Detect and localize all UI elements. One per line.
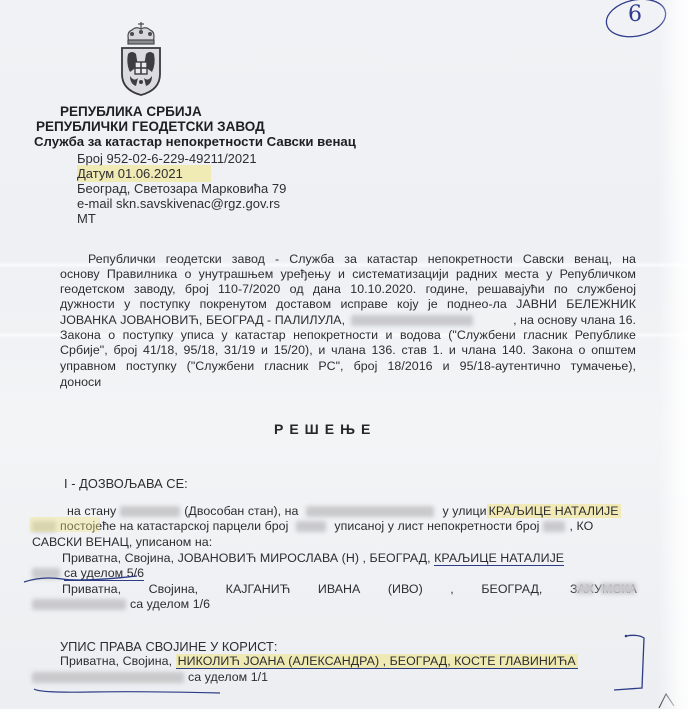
owner-share: са уделом 1/6 — [130, 597, 210, 611]
redacted-area — [576, 583, 594, 594]
institute-heading: РЕПУБЛИЧКИ ГЕОДЕТСКИ ЗАВОД — [36, 119, 265, 134]
decision-title: РЕШЕЊЕ — [274, 421, 376, 437]
owner-share-line: са уделом 1/6 — [32, 597, 210, 611]
ownership-type: Приватна, Својина, — [60, 654, 176, 668]
section-heading: I - ДОЗВОЉАВА СЕ: — [64, 476, 188, 491]
office-address: Београд, Светозара Марковића 79 — [77, 181, 286, 196]
intro-line-last: доноси — [60, 375, 101, 389]
owner-name: Приватна, Својина, ЈОВАНОВИЋ МИРОСЛАВА (… — [62, 551, 434, 565]
document-date: Датум 01.06.2021 — [77, 166, 211, 181]
redacted-area — [32, 599, 126, 610]
registered-to-line: САВСКИ ВЕНАЦ, уписаном на: — [32, 535, 212, 549]
redacted-area — [351, 315, 473, 326]
republic-heading: РЕПУБЛИКА СРБИЈА — [60, 104, 202, 119]
handwritten-bracket — [612, 632, 682, 709]
redacted-address — [576, 583, 636, 594]
clerk-initials: МТ — [77, 211, 96, 226]
notary-name: ЈОВАНКА ЈОВАНОВИЋ, БЕОГРАД - ПАЛИЛУЛА, — [60, 313, 345, 327]
registration-owner-line: Приватна, Својина, НИКОЛИЋ ЈОАНА (АЛЕКСА… — [60, 654, 578, 668]
office-email: e-mail skn.savskivenac@rgz.gov.rs — [77, 196, 280, 211]
new-owner-share: са уделом 1/1 — [188, 670, 268, 684]
intro-line: Републички геодетски завод - Служба за к… — [88, 252, 636, 266]
handwritten-page-number: 6 — [628, 2, 642, 27]
registration-heading: УПИС ПРАВА СВОЈИНЕ У КОРИСТ: — [60, 639, 277, 654]
legal-basis-text: , на основу члана 16. — [513, 313, 636, 327]
underlined-street: КРАЉИЦЕ НАТАЛИЈЕ — [434, 551, 564, 566]
owner-line: Приватна, Својина, КАЈГАНИЋ ИВАНА (ИВО) … — [62, 582, 637, 596]
serbian-coat-of-arms-icon — [118, 20, 164, 96]
redacted-area — [32, 672, 184, 683]
service-heading: Служба за катастар непокретности Савски … — [34, 134, 356, 149]
redacted-area — [296, 521, 326, 532]
new-owner: НИКОЛИЋ ЈОАНА (АЛЕКСАНДРА) , БЕОГРАД, КО… — [176, 654, 578, 669]
redacted-area — [600, 583, 636, 594]
pen-stroke — [30, 683, 230, 697]
property-sheet-label: уписаној у лист непокретности број — [334, 519, 539, 533]
cadastral-municipality-label: , КО — [569, 519, 593, 533]
owner-name: Приватна, Својина, КАЈГАНИЋ ИВАНА (ИВО) … — [62, 582, 637, 596]
redacted-area — [306, 506, 434, 517]
apartment-line: на стану (Двособан стан), на у улици КРА… — [67, 504, 637, 518]
intro-line: Србије", број 41/18, 95/18, 31/19 и 15/2… — [60, 343, 636, 357]
redacted-area — [543, 521, 565, 532]
intro-line: управном поступку ("Службени гласник РС"… — [60, 359, 636, 373]
date-highlight: Датум 01.06.2021 — [77, 165, 211, 182]
intro-line: Закона о поступку уписа у катастар непок… — [60, 328, 636, 342]
apartment-label: на стану — [67, 504, 116, 518]
street-label: у улици — [442, 504, 486, 518]
redacted-area — [120, 506, 180, 517]
intro-line: основу Правилника о унутрашњем уређењу и… — [60, 267, 636, 281]
intro-line: дужности у поступку покренутом доставом … — [60, 297, 636, 311]
document-number: Број 952-02-6-229-49211/2021 — [77, 151, 257, 166]
intro-line: геодетском заводу, број 110-7/2020 од да… — [60, 282, 636, 296]
intro-line-notary: ЈОВАНКА ЈОВАНОВИЋ, БЕОГРАД - ПАЛИЛУЛА, ,… — [60, 313, 636, 327]
highlighted-street: КРАЉИЦЕ НАТАЛИЈЕ — [487, 504, 621, 518]
scanned-document-page: 6 РЕПУБЛИКА СРБИЈА РЕПУБЛИЧКИ ГЕОДЕТСКИ … — [0, 0, 688, 709]
registration-share-line: са уделом 1/1 — [32, 670, 268, 684]
apartment-type: (Двособан стан), на — [184, 504, 298, 518]
parcel-line: постојеће на катастарској парцели број у… — [32, 519, 637, 533]
highlight-mark — [30, 517, 100, 532]
owner-line: Приватна, Својина, ЈОВАНОВИЋ МИРОСЛАВА (… — [62, 551, 564, 565]
